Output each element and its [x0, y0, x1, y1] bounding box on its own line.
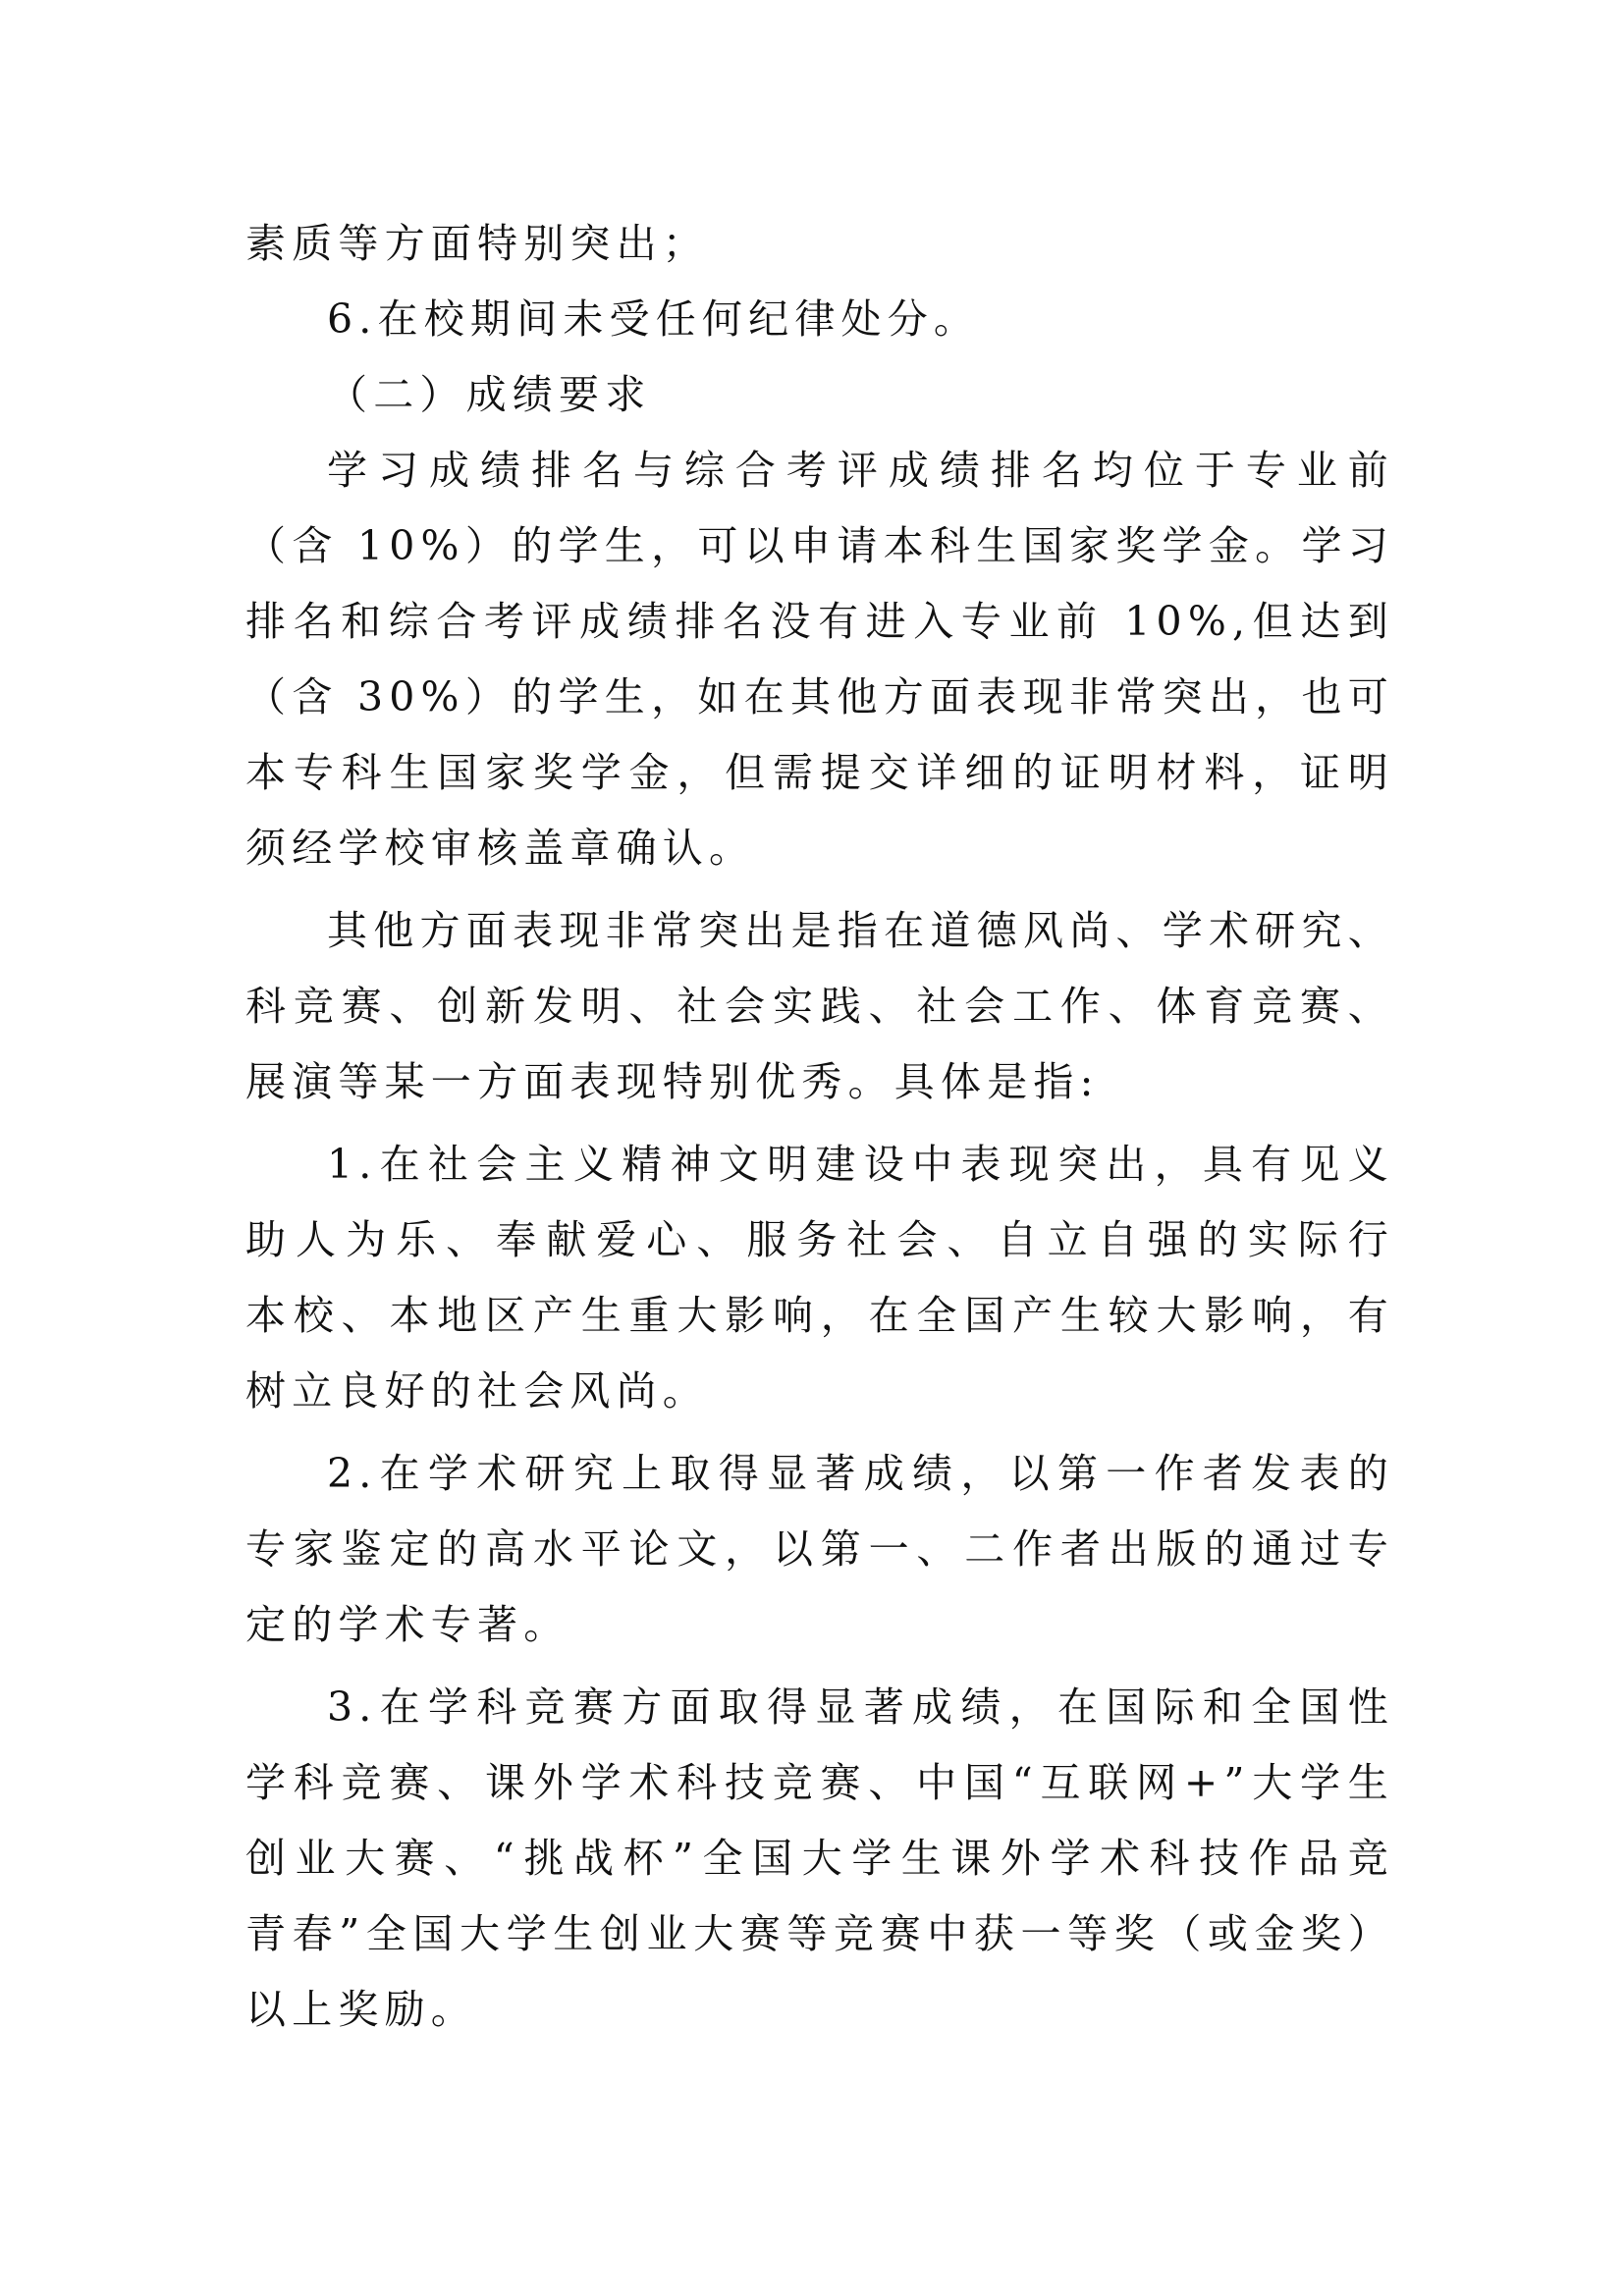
document-page: 素质等方面特别突出； 6.在校期间未受任何纪律处分。 （二）成绩要求 学习成绩排… — [0, 0, 1624, 2296]
list-item-2-line: 专家鉴定的高水平论文，以第一、二作者出版的通过专家鉴 — [245, 1520, 1394, 1578]
paragraph-line: 本专科生国家奖学金，但需提交详细的证明材料，证明材料 — [245, 743, 1394, 802]
paragraph-line: 排名和综合考评成绩排名没有进入专业前 10%,但达到前 30% — [245, 592, 1394, 651]
list-item-2: 2.在学术研究上取得显著成绩，以第一作者发表的通过 — [327, 1444, 1394, 1503]
list-item-1-line: 树立良好的社会风尚。 — [245, 1362, 1394, 1420]
paragraph-line: 学习成绩排名与综合考评成绩排名均位于专业前 10% — [327, 441, 1394, 500]
paragraph-line: 展演等某一方面表现特别优秀。具体是指: — [245, 1052, 1394, 1111]
paragraph-line: 须经学校审核盖章确认。 — [245, 819, 1394, 878]
list-item-6: 6.在校期间未受任何纪律处分。 — [327, 290, 1394, 348]
list-item-1-line: 助人为乐、奉献爱心、服务社会、自立自强的实际行动，在 — [245, 1210, 1394, 1269]
list-item-1: 1.在社会主义精神文明建设中表现突出，具有见义勇为、 — [327, 1135, 1394, 1194]
section-heading-score-requirements: （二）成绩要求 — [327, 365, 1394, 424]
list-item-3-line: 学科竞赛、课外学术科技竞赛、中国“互联网+”大学生创新 — [245, 1753, 1394, 1812]
list-item-3-line: 创业大赛、“挑战杯”全国大学生课外学术科技作品竞赛、“创 — [245, 1829, 1394, 1888]
list-item-2-line: 定的学术专著。 — [245, 1595, 1394, 1654]
paragraph-line: （含 10%）的学生，可以申请本科生国家奖学金。学习成绩 — [245, 516, 1394, 575]
list-item-3-line: 以上奖励。 — [245, 1980, 1394, 2039]
paragraph-line: 其他方面表现非常突出是指在道德风尚、学术研究、学 — [327, 901, 1394, 960]
list-item-3: 3.在学科竞赛方面取得显著成绩，在国际和全国性专业 — [327, 1678, 1394, 1736]
text-line-continuation: 素质等方面特别突出； — [245, 214, 1394, 273]
list-item-1-line: 本校、本地区产生重大影响，在全国产生较大影响，有助于 — [245, 1286, 1394, 1345]
list-item-3-line: 青春”全国大学生创业大赛等竞赛中获一等奖（或金奖）及 — [245, 1904, 1394, 1963]
paragraph-line: （含 30%）的学生，如在其他方面表现非常突出，也可申请 — [245, 667, 1394, 726]
paragraph-line: 科竞赛、创新发明、社会实践、社会工作、体育竞赛、艺术 — [245, 977, 1394, 1036]
